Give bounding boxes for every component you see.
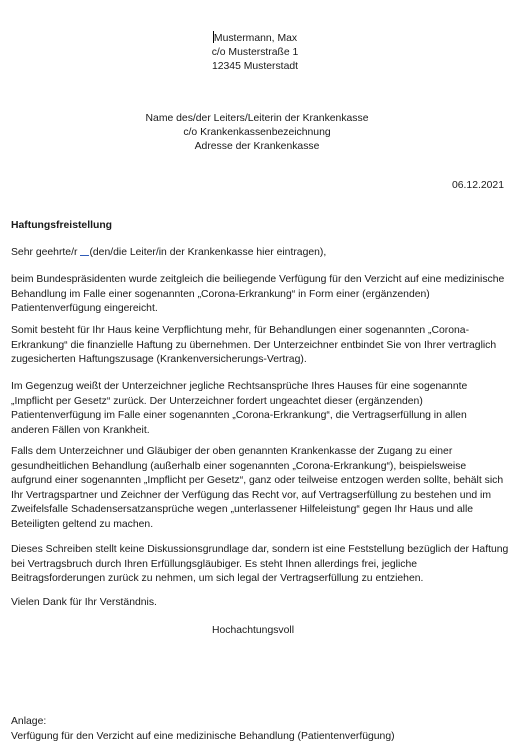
recipient-company: c/o Krankenkassenbezeichnung [0, 126, 516, 140]
paragraph-line: Vielen Dank für Ihr Verständnis. [11, 596, 511, 611]
salutation-prefix: Sehr geehrte/r [11, 247, 77, 258]
recipient-address-line: Adresse der Krankenkasse [0, 140, 516, 154]
paragraph-line: Im Gegenzug weißt der Unterzeichner jegl… [11, 380, 511, 395]
salutation-suffix: (den/die Leiter/in der Krankenkasse hier… [89, 247, 326, 258]
paragraph-line: beim Bundespräsidenten wurde zeitgleich … [11, 273, 511, 288]
closing-phrase: Hochachtungsvoll [212, 624, 294, 638]
paragraph-line: Dieses Schreiben stellt keine Diskussion… [11, 543, 511, 558]
paragraph-line: Behandlung im Falle einer sogenannten „C… [11, 288, 511, 303]
paragraph-line: Erkrankung“ die finanzielle Haftung zu ü… [11, 339, 511, 354]
paragraph-2: Somit besteht für Ihr Haus keine Verpfli… [11, 324, 511, 368]
paragraph-line: gesundheitlichen Behandlung (außerhalb e… [11, 460, 511, 475]
sender-name: Mustermann, Max [214, 33, 297, 44]
recipient-address: Name des/der Leiters/Leiterin der Kranke… [0, 112, 516, 154]
paragraph-line: Patientenverfügung eingereicht. [11, 302, 511, 317]
paragraph-line: Somit besteht für Ihr Haus keine Verpfli… [11, 324, 511, 339]
sender-city: 12345 Musterstadt [0, 60, 514, 74]
document-page[interactable]: Mustermann, Max c/o Musterstraße 1 12345… [0, 0, 518, 752]
salutation: Sehr geehrte/r(den/die Leiter/in der Kra… [11, 245, 511, 261]
recipient-name: Name des/der Leiters/Leiterin der Kranke… [0, 112, 516, 126]
paragraph-1: beim Bundespräsidenten wurde zeitgleich … [11, 273, 511, 317]
sender-address: Mustermann, Max c/o Musterstraße 1 12345… [0, 31, 514, 74]
paragraph-line: Zweifelsfalle Schadensersatzansprüche we… [11, 503, 511, 518]
paragraph-line: „Impflicht per Gesetz“ zurück. Der Unter… [11, 395, 511, 410]
attachment-item: Verfügung für den Verzicht auf eine medi… [11, 730, 511, 745]
paragraph-4: Falls dem Unterzeichner und Gläubiger de… [11, 445, 511, 532]
paragraph-line: Ihr Vertragspartner und Zeichner der Ver… [11, 489, 511, 504]
sender-name-line: Mustermann, Max [0, 31, 514, 46]
paragraph-line: Patientenverfügung im Falle einer sogena… [11, 409, 511, 424]
subject-line: Haftungsfreistellung [11, 219, 511, 234]
paragraph-line: zugesicherten Haftungszusage (Krankenver… [11, 353, 511, 368]
paragraph-line: Falls dem Unterzeichner und Gläubiger de… [11, 445, 511, 460]
attachment-label: Anlage: [11, 715, 511, 730]
paragraph-5: Dieses Schreiben stellt keine Diskussion… [11, 543, 511, 587]
paragraph-line: Beteiligten geltend zu machen. [11, 518, 511, 533]
sender-street: c/o Musterstraße 1 [0, 46, 514, 60]
paragraph-line: anderen Fällen von Krankheit. [11, 424, 511, 439]
paragraph-line: Beitragsforderungen zurück zu nehmen, um… [11, 572, 511, 587]
paragraph-thanks: Vielen Dank für Ihr Verständnis. [11, 596, 511, 611]
paragraph-line: aufgrund einer sogenannten „Impflicht pe… [11, 474, 511, 489]
paragraph-3: Im Gegenzug weißt der Unterzeichner jegl… [11, 380, 511, 438]
letter-date: 06.12.2021 [452, 179, 504, 193]
paragraph-line: bei Vertragsbruch durch Ihren Erfüllungs… [11, 558, 511, 573]
